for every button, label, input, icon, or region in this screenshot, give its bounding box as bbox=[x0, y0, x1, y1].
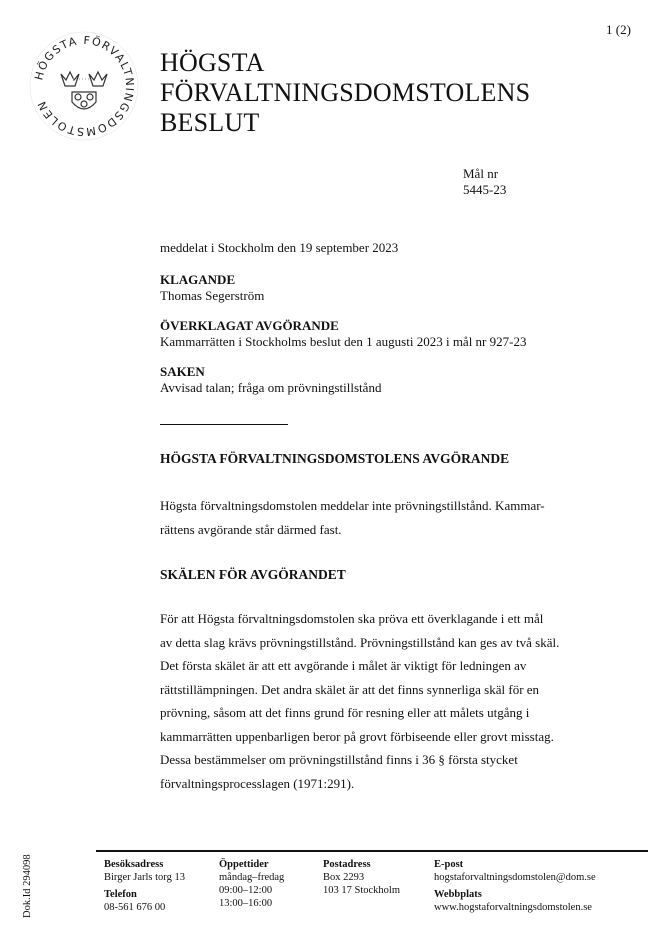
title-line: HÖGSTA bbox=[160, 48, 530, 78]
text-line: av detta slag krävs prövningstillstånd. … bbox=[160, 631, 600, 655]
text-line: Högsta förvaltningsdomstolen meddelar in… bbox=[160, 494, 580, 518]
footer-visit-phone: Besöksadress Birger Jarls torg 13 Telefo… bbox=[104, 858, 185, 914]
web-address[interactable]: www.hogstaforvaltningsdomstolen.se bbox=[434, 901, 596, 914]
hours-line: 09:00–12:00 bbox=[219, 884, 284, 897]
decision-paragraph: Högsta förvaltningsdomstolen meddelar in… bbox=[160, 494, 580, 541]
email-heading: E-post bbox=[434, 858, 596, 871]
title-line: FÖRVALTNINGSDOMSTOLENS bbox=[160, 78, 530, 108]
svg-text:HÖGSTA FÖRVALTNINGSDOMSTOLEN: HÖGSTA FÖRVALTNINGSDOMSTOLEN bbox=[32, 34, 136, 138]
title-line: BESLUT bbox=[160, 108, 530, 138]
hours-line: 13:00–16:00 bbox=[219, 897, 284, 910]
section-heading: KLAGANDE bbox=[160, 272, 264, 288]
phone-number: 08-561 676 00 bbox=[104, 901, 185, 914]
text-line: prövning, såsom att det finns grund för … bbox=[160, 701, 600, 725]
text-line: För att Högsta förvaltningsdomstolen ska… bbox=[160, 607, 600, 631]
case-number-block: Mål nr 5445-23 bbox=[463, 166, 506, 198]
section-text: Kammarrätten i Stockholms beslut den 1 a… bbox=[160, 334, 526, 350]
text-line: förvaltningsprocesslagen (1971:291). bbox=[160, 772, 600, 796]
footer-contact: E-post hogstaforvaltningsdomstolen@dom.s… bbox=[434, 858, 596, 914]
footer-post: Postadress Box 2293 103 17 Stockholm bbox=[323, 858, 400, 897]
hours-heading: Öppettider bbox=[219, 858, 284, 871]
post-line: 103 17 Stockholm bbox=[323, 884, 400, 897]
section-heading: SAKEN bbox=[160, 364, 381, 380]
post-line: Box 2293 bbox=[323, 871, 400, 884]
decision-heading: HÖGSTA FÖRVALTNINGSDOMSTOLENS AVGÖRANDE bbox=[160, 451, 509, 467]
section-text: Avvisad talan; fråga om prövningstillstå… bbox=[160, 380, 381, 396]
email-address[interactable]: hogstaforvaltningsdomstolen@dom.se bbox=[434, 871, 596, 884]
text-line: rättstillämpningen. Det andra skälet är … bbox=[160, 678, 600, 702]
visit-heading: Besöksadress bbox=[104, 858, 185, 871]
section-heading: ÖVERKLAGAT AVGÖRANDE bbox=[160, 318, 526, 334]
court-seal-icon: HÖGSTA FÖRVALTNINGSDOMSTOLEN bbox=[28, 30, 140, 142]
case-number: 5445-23 bbox=[463, 182, 506, 198]
reasons-paragraph: För att Högsta förvaltningsdomstolen ska… bbox=[160, 607, 600, 795]
section-text: Thomas Segerström bbox=[160, 288, 264, 304]
document-title: HÖGSTA FÖRVALTNINGSDOMSTOLENS BESLUT bbox=[160, 48, 530, 138]
section-divider bbox=[160, 424, 288, 425]
case-label: Mål nr bbox=[463, 166, 506, 182]
section-appellant: KLAGANDE Thomas Segerström bbox=[160, 272, 264, 304]
issued-statement: meddelat i Stockholm den 19 september 20… bbox=[160, 240, 398, 256]
page-indicator: 1 (2) bbox=[606, 22, 631, 38]
section-appealed-decision: ÖVERKLAGAT AVGÖRANDE Kammarrätten i Stoc… bbox=[160, 318, 526, 350]
phone-heading: Telefon bbox=[104, 888, 185, 901]
hours-line: måndag–fredag bbox=[219, 871, 284, 884]
text-line: Dessa bestämmelser om prövningstillstånd… bbox=[160, 748, 600, 772]
reasons-heading: SKÄLEN FÖR AVGÖRANDET bbox=[160, 567, 346, 583]
section-matter: SAKEN Avvisad talan; fråga om prövningst… bbox=[160, 364, 381, 396]
text-line: rättens avgörande står därmed fast. bbox=[160, 518, 580, 542]
post-heading: Postadress bbox=[323, 858, 400, 871]
footer-hours: Öppettider måndag–fredag 09:00–12:00 13:… bbox=[219, 858, 284, 910]
web-heading: Webbplats bbox=[434, 888, 596, 901]
text-line: kammarrätten uppenbarligen beror på grov… bbox=[160, 725, 600, 749]
document-id: Dok.Id 294098 bbox=[22, 854, 33, 918]
text-line: Det första skälet är att ett avgörande i… bbox=[160, 654, 600, 678]
footer-divider bbox=[96, 850, 648, 852]
visit-address: Birger Jarls torg 13 bbox=[104, 871, 185, 884]
